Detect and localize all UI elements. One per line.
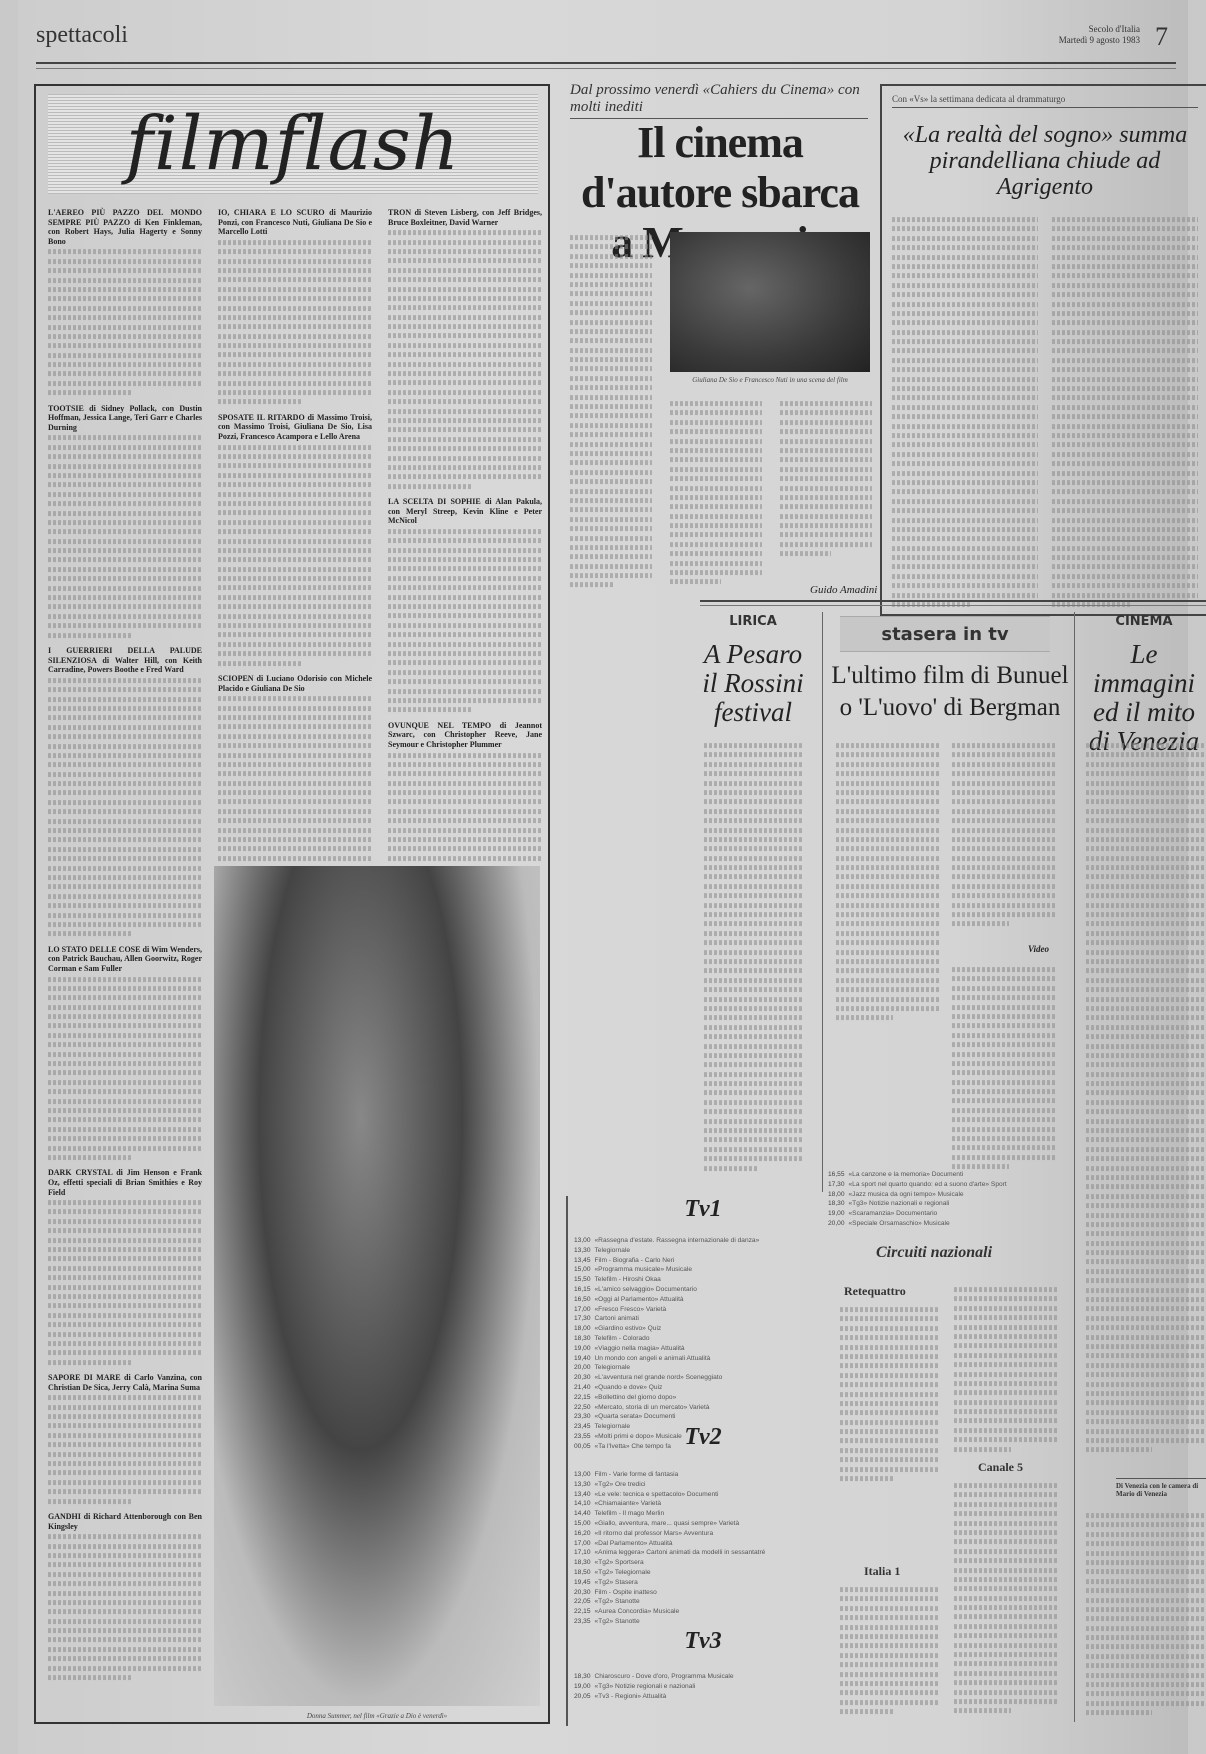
text-line xyxy=(388,371,542,376)
text-line xyxy=(48,539,202,544)
text-line xyxy=(954,1353,1058,1358)
column-divider xyxy=(822,612,823,1192)
text-line xyxy=(954,1381,1058,1386)
text-line xyxy=(1086,1523,1206,1528)
schedule-item: 13,45Film - Biografia - Carlo Neri xyxy=(574,1256,834,1266)
schedule-program: «Bollettino del giorno dopo» xyxy=(595,1394,677,1401)
text-line xyxy=(704,1025,804,1030)
text-line xyxy=(48,847,202,852)
text-line xyxy=(780,448,872,453)
text-line xyxy=(218,604,372,609)
text-line xyxy=(1086,1335,1206,1340)
text-line xyxy=(1052,424,1198,429)
text-line xyxy=(954,1511,1058,1516)
text-line xyxy=(48,482,202,487)
text-line xyxy=(892,330,1038,335)
text-line xyxy=(704,1081,804,1086)
text-line xyxy=(1086,940,1206,945)
text-line xyxy=(48,454,202,459)
text-line xyxy=(388,418,542,423)
schedule-time: 17,00 xyxy=(574,1540,591,1547)
text-line xyxy=(218,762,372,767)
schedule-program: «Quando e dove» Quiz xyxy=(595,1384,663,1391)
text-line xyxy=(48,315,202,320)
schedule-time: 22,05 xyxy=(574,1598,591,1605)
text-line xyxy=(892,227,1038,232)
text-line xyxy=(836,743,940,748)
text-line xyxy=(952,1052,1056,1057)
text-line xyxy=(48,1544,202,1549)
text-line xyxy=(704,781,804,786)
schedule-time: 14,40 xyxy=(574,1510,591,1517)
text-line xyxy=(570,254,652,259)
text-line xyxy=(48,1591,202,1596)
italia1-schedule xyxy=(840,1584,940,1720)
text-line xyxy=(892,283,1038,288)
text-line xyxy=(892,565,1038,570)
text-line xyxy=(840,1410,940,1415)
schedule-item: 17,30Cartoni animati xyxy=(574,1314,834,1324)
text-line xyxy=(1086,1682,1206,1687)
schedule-time: 15,00 xyxy=(574,1520,591,1527)
text-line xyxy=(840,1681,940,1686)
text-line xyxy=(218,800,372,805)
text-line xyxy=(388,762,542,767)
text-line xyxy=(48,1647,202,1652)
text-line xyxy=(570,414,652,419)
text-line xyxy=(840,1597,940,1602)
schedule-time: 23,30 xyxy=(574,1413,591,1420)
text-line xyxy=(1086,1250,1206,1255)
text-line xyxy=(48,931,133,936)
text-line xyxy=(704,884,804,889)
main-article-column-2 xyxy=(670,398,762,598)
schedule-item: 13,30«Tg2» Ore tredici xyxy=(574,1480,834,1490)
text-line xyxy=(1086,893,1206,898)
schedule-program: Telefilm - Il mago Merlin xyxy=(595,1510,665,1517)
text-line xyxy=(1086,1006,1206,1011)
article-body xyxy=(892,215,1038,609)
text-line xyxy=(670,467,762,472)
text-line xyxy=(954,1447,1011,1452)
text-line xyxy=(48,1471,202,1476)
schedule-program: «Tv3 - Regioni» Attualità xyxy=(595,1693,667,1700)
schedule-time: 20,30 xyxy=(574,1589,591,1596)
text-line xyxy=(48,1360,133,1365)
text-line xyxy=(1052,358,1198,363)
schedule-program: Un mondo con angeli e animali Attualità xyxy=(595,1355,711,1362)
text-line xyxy=(218,510,372,515)
text-line xyxy=(836,997,940,1002)
text-line xyxy=(670,457,762,462)
text-line xyxy=(48,1042,202,1047)
text-line xyxy=(952,1136,1056,1141)
schedule-program: «L'amico selvaggio» Documentario xyxy=(595,1286,697,1293)
text-line xyxy=(570,320,652,325)
schedule-time: 13,40 xyxy=(574,1491,591,1498)
text-line xyxy=(388,230,542,235)
text-line xyxy=(570,536,652,541)
text-line xyxy=(48,1005,202,1010)
text-line xyxy=(218,623,372,628)
text-line xyxy=(954,1568,1058,1573)
text-line xyxy=(48,1553,202,1558)
text-line xyxy=(218,287,372,292)
text-line xyxy=(48,1572,202,1577)
text-line xyxy=(218,734,372,739)
text-line xyxy=(218,334,372,339)
text-line xyxy=(1086,1175,1206,1180)
text-line xyxy=(218,501,372,506)
text-line xyxy=(954,1643,1058,1648)
schedule-time: 17,30 xyxy=(828,1181,845,1188)
schedule-time: 17,10 xyxy=(574,1549,591,1556)
text-line xyxy=(952,1164,1009,1169)
main-article-photo xyxy=(670,232,870,372)
text-line xyxy=(952,977,1056,982)
text-line xyxy=(836,893,940,898)
text-line xyxy=(48,762,202,767)
text-line xyxy=(1086,753,1206,758)
text-line xyxy=(954,1362,1058,1367)
text-line xyxy=(1086,1635,1206,1640)
text-line xyxy=(704,893,804,898)
text-line xyxy=(836,978,940,983)
text-line xyxy=(218,837,372,842)
text-line xyxy=(48,1108,202,1113)
article-body xyxy=(780,399,872,559)
text-line xyxy=(704,1109,804,1114)
cinema-note: Di Venezia con le camera di Mario di Ven… xyxy=(1116,1478,1206,1498)
schedule-program: «Aurea Concordia» Musicale xyxy=(595,1608,680,1615)
text-line xyxy=(1086,1598,1206,1603)
text-line xyxy=(892,452,1038,457)
main-article-column-1 xyxy=(570,232,652,612)
text-line xyxy=(1086,1044,1206,1049)
text-line xyxy=(1086,837,1206,842)
schedule-time: 16,20 xyxy=(574,1530,591,1537)
text-line xyxy=(48,343,202,348)
text-line xyxy=(836,950,940,955)
text-line xyxy=(48,492,202,497)
schedule-time: 20,00 xyxy=(574,1364,591,1371)
text-line xyxy=(1052,396,1198,401)
section-rule xyxy=(700,600,1206,602)
text-line xyxy=(388,305,542,310)
text-line xyxy=(840,1653,940,1658)
text-line xyxy=(892,273,1038,278)
text-line xyxy=(1052,508,1198,513)
text-line xyxy=(388,585,542,590)
text-line xyxy=(1052,518,1198,523)
schedule-left-rule xyxy=(566,1196,568,1726)
text-line xyxy=(388,484,473,489)
text-line xyxy=(952,753,1056,758)
text-line xyxy=(670,429,762,434)
text-line xyxy=(840,1625,940,1630)
text-line xyxy=(48,1414,202,1419)
text-line xyxy=(48,856,202,861)
text-line xyxy=(388,324,542,329)
text-line xyxy=(836,912,940,917)
newspaper-page: spettacoli Secolo d'Italia Martedì 9 ago… xyxy=(18,0,1188,1754)
schedule-time: 18,30 xyxy=(828,1200,845,1207)
text-line xyxy=(780,429,872,434)
text-line xyxy=(952,865,1056,870)
text-line xyxy=(48,278,202,283)
review-body xyxy=(48,1532,202,1682)
text-line xyxy=(780,486,872,491)
text-line xyxy=(48,1499,133,1504)
text-line xyxy=(704,790,804,795)
text-line xyxy=(836,809,940,814)
text-line xyxy=(1086,931,1206,936)
filmflash-box: filmflash L'AEREO PIÙ PAZZO DEL MONDO SE… xyxy=(34,84,550,1724)
text-line xyxy=(840,1700,940,1705)
text-line xyxy=(952,1033,1056,1038)
text-line xyxy=(48,781,202,786)
text-line xyxy=(388,698,542,703)
schedule-item: 16,15«L'amico selvaggio» Documentario xyxy=(574,1285,834,1295)
schedule-item: 18,30Telefilm - Colorado xyxy=(574,1334,834,1344)
text-line xyxy=(48,734,202,739)
text-line xyxy=(48,1136,202,1141)
text-line xyxy=(48,259,202,264)
text-line xyxy=(1052,255,1198,260)
text-line xyxy=(1052,405,1198,410)
text-line xyxy=(670,533,762,538)
main-article-byline: Guido Amadini xyxy=(810,584,877,596)
text-line xyxy=(1086,1081,1206,1086)
text-line xyxy=(1052,565,1198,570)
text-line xyxy=(892,471,1038,476)
text-line xyxy=(954,1437,1058,1442)
text-line xyxy=(704,903,804,908)
text-line xyxy=(218,567,372,572)
text-line xyxy=(48,903,202,908)
text-line xyxy=(48,866,202,871)
schedule-item: 20,00«Speciale Orsamaschio» Musicale xyxy=(828,1219,1058,1229)
text-line xyxy=(1086,1222,1206,1227)
text-line xyxy=(952,1146,1056,1151)
text-line xyxy=(1086,1551,1206,1556)
text-line xyxy=(48,913,202,918)
schedule-program: Cartoni animati xyxy=(595,1315,639,1322)
text-line xyxy=(670,476,762,481)
text-line xyxy=(218,724,372,729)
text-line xyxy=(48,1155,133,1160)
network-canale5: Canale 5 xyxy=(978,1460,1023,1475)
text-line xyxy=(704,978,804,983)
review-heading: I GUERRIERI DELLA PALUDE SILENZIOSA di W… xyxy=(48,646,202,675)
schedule-time: 18,00 xyxy=(828,1191,845,1198)
text-line xyxy=(1086,1260,1206,1265)
filmflash-photo xyxy=(214,866,540,1706)
text-line xyxy=(704,875,804,880)
review-body xyxy=(48,247,202,397)
text-line xyxy=(570,376,652,381)
text-line xyxy=(952,1099,1056,1104)
text-line xyxy=(954,1502,1058,1507)
text-line xyxy=(952,912,1056,917)
text-line xyxy=(704,1006,804,1011)
schedule-item: 18,50«Tg2» Telegiornale xyxy=(574,1568,834,1578)
schedule-program: «Chiamaiante» Varietà xyxy=(595,1500,662,1507)
text-line xyxy=(704,987,804,992)
text-line xyxy=(954,1343,1058,1348)
text-line xyxy=(892,339,1038,344)
text-line xyxy=(570,245,652,250)
text-line xyxy=(840,1439,940,1444)
text-line xyxy=(780,542,872,547)
text-line xyxy=(570,357,652,362)
text-line xyxy=(1086,1091,1206,1096)
text-line xyxy=(1086,1692,1206,1697)
text-line xyxy=(48,1294,202,1299)
text-line xyxy=(388,437,542,442)
review-body xyxy=(48,1393,202,1506)
text-line xyxy=(48,623,202,628)
text-line xyxy=(48,1024,202,1029)
schedule-program: «Tg3» Notizie nazionali e regionali xyxy=(849,1200,950,1207)
text-line xyxy=(1052,349,1198,354)
text-line xyxy=(670,411,762,416)
text-line xyxy=(704,959,804,964)
review-heading: GANDHI di Richard Attenborough con Ben K… xyxy=(48,1512,202,1531)
text-line xyxy=(892,367,1038,372)
text-line xyxy=(48,362,202,367)
text-line xyxy=(48,977,202,982)
text-line xyxy=(218,445,372,450)
column-divider xyxy=(1074,612,1075,1722)
schedule-time: 17,00 xyxy=(574,1306,591,1313)
text-line xyxy=(954,1586,1058,1591)
section-label: spettacoli xyxy=(36,22,128,49)
schedule-time: 19,45 xyxy=(574,1579,591,1586)
text-line xyxy=(1086,1278,1206,1283)
text-line xyxy=(218,771,372,776)
text-line xyxy=(48,1461,202,1466)
schedule-item: 13,40«Le vele: tecnica e spettacolo» Doc… xyxy=(574,1490,834,1500)
schedule-program: «Jazz musica da ogni tempo» Musicale xyxy=(849,1191,964,1198)
schedule-item: 20,30Film - Ospite inatteso xyxy=(574,1588,834,1598)
schedule-time: 20,00 xyxy=(828,1220,845,1227)
text-line xyxy=(570,517,652,522)
text-line xyxy=(218,633,372,638)
text-line xyxy=(704,968,804,973)
stasera-in-tv-banner: stasera in tv xyxy=(840,616,1050,652)
text-line xyxy=(1052,227,1198,232)
text-line xyxy=(388,249,542,254)
text-line xyxy=(952,884,1056,889)
review-heading: SPOSATE IL RITARDO di Massimo Troisi, co… xyxy=(218,413,372,442)
text-line xyxy=(836,753,940,758)
text-line xyxy=(704,950,804,955)
text-line xyxy=(218,454,372,459)
text-line xyxy=(670,439,762,444)
article-body xyxy=(1052,215,1198,609)
text-line xyxy=(892,320,1038,325)
schedule-item: 15,50Telefilm - Hiroshi Okaa xyxy=(574,1275,834,1285)
text-line xyxy=(892,302,1038,307)
text-line xyxy=(670,504,762,509)
text-line xyxy=(1086,1128,1206,1133)
text-line xyxy=(1086,1382,1206,1387)
text-line xyxy=(388,679,542,684)
schedule-body xyxy=(840,1305,940,1483)
tv1-schedule: 13,00«Rassegna d'estate. Rassegna intern… xyxy=(574,1236,834,1452)
text-line xyxy=(954,1708,1011,1713)
text-line xyxy=(48,445,202,450)
text-line xyxy=(1086,1156,1206,1161)
text-line xyxy=(1086,922,1206,927)
tv-article-column-1 xyxy=(836,740,940,1030)
text-line xyxy=(892,292,1038,297)
text-line xyxy=(48,520,202,525)
text-line xyxy=(704,1034,804,1039)
text-line xyxy=(1086,1034,1206,1039)
text-line xyxy=(1086,1616,1206,1621)
text-line xyxy=(218,371,372,376)
text-line xyxy=(218,353,372,358)
text-line xyxy=(48,809,202,814)
text-line xyxy=(48,1266,202,1271)
text-line xyxy=(1052,414,1198,419)
schedule-time: 23,35 xyxy=(574,1618,591,1625)
text-line xyxy=(388,409,542,414)
text-line xyxy=(780,411,872,416)
text-line xyxy=(48,1562,202,1567)
cinema-category: CINEMA xyxy=(1082,614,1206,629)
text-line xyxy=(388,660,542,665)
text-line xyxy=(48,605,202,610)
text-line xyxy=(892,311,1038,316)
text-line xyxy=(892,255,1038,260)
text-line xyxy=(218,324,372,329)
text-line xyxy=(954,1315,1058,1320)
schedule-item: 19,00«Tg3» Notizie regionali e nazionali xyxy=(574,1682,834,1692)
text-line xyxy=(48,678,202,683)
text-line xyxy=(48,1200,202,1205)
text-line xyxy=(48,1638,202,1643)
text-line xyxy=(1086,743,1206,748)
text-line xyxy=(892,236,1038,241)
schedule-time: 14,10 xyxy=(574,1500,591,1507)
text-line xyxy=(388,800,542,805)
text-line xyxy=(954,1493,1058,1498)
schedule-program: «Le vele: tecnica e spettacolo» Document… xyxy=(595,1491,719,1498)
text-line xyxy=(954,1419,1058,1424)
text-line xyxy=(670,523,762,528)
text-line xyxy=(670,448,762,453)
review-body xyxy=(388,527,542,715)
main-article-kicker: Dal prossimo venerdì «Cahiers du Cinema»… xyxy=(570,82,868,119)
text-line xyxy=(840,1354,940,1359)
schedule-program: «Viaggio nella magia» Attualità xyxy=(595,1345,685,1352)
text-line xyxy=(704,1091,804,1096)
text-line xyxy=(892,593,1038,598)
schedule-time: 18,30 xyxy=(574,1559,591,1566)
text-line xyxy=(1086,884,1206,889)
schedule-time: 18,50 xyxy=(574,1569,591,1576)
text-line xyxy=(840,1587,940,1592)
text-line xyxy=(840,1690,940,1695)
text-line xyxy=(954,1325,1058,1330)
schedule-item: 15,00«Giallo, avventura, mare... quasi s… xyxy=(574,1519,834,1529)
text-line xyxy=(952,1089,1056,1094)
text-line xyxy=(954,1605,1058,1610)
schedule-item: 20,30«L'avventura nel grande nord» Scene… xyxy=(574,1373,834,1383)
